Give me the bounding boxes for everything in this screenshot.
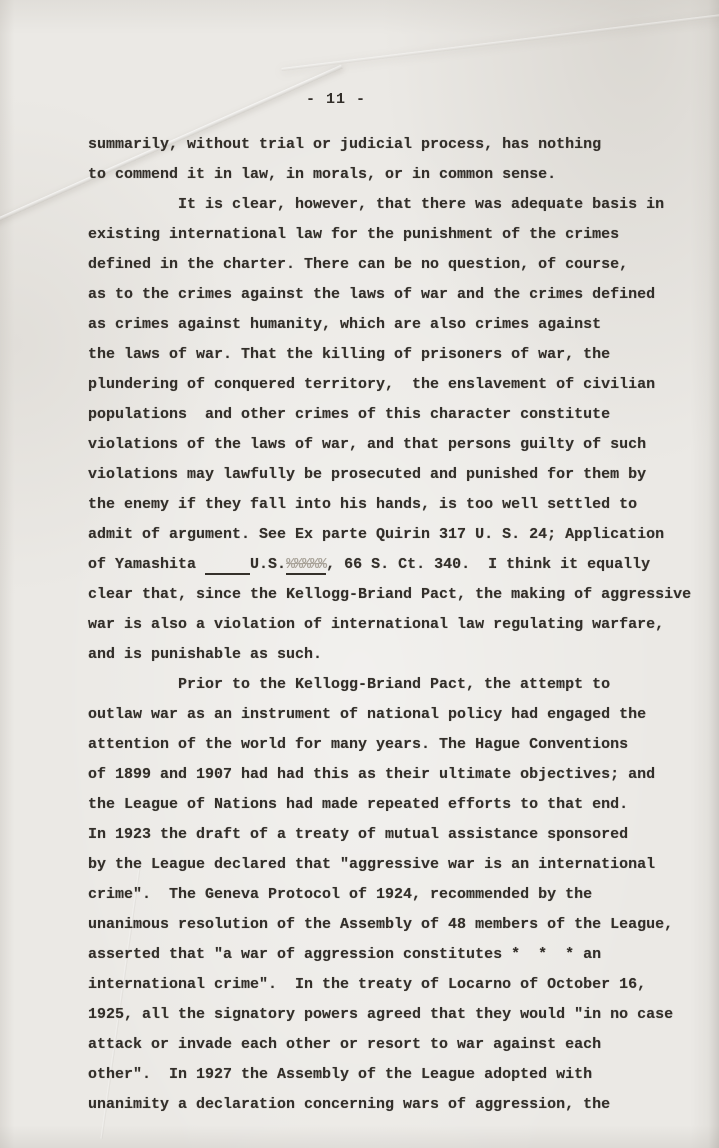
page-body: summarily, without trial or judicial pro… xyxy=(88,130,688,1120)
text-line: the League of Nations had made repeated … xyxy=(88,790,688,820)
text-line: clear that, since the Kellogg-Briand Pac… xyxy=(88,580,688,610)
text-line: war is also a violation of international… xyxy=(88,610,688,640)
document-page: { "page": { "number_label": "- 11 -", "p… xyxy=(0,0,719,1148)
text-line: summarily, without trial or judicial pro… xyxy=(88,130,688,160)
text-line: unanimity a declaration concerning wars … xyxy=(88,1090,688,1120)
text-line: to commend it in law, in morals, or in c… xyxy=(88,160,688,190)
page-number: - 11 - xyxy=(0,91,672,108)
text-line: international crime". In the treaty of L… xyxy=(88,970,688,1000)
text-line: violations may lawfully be prosecuted an… xyxy=(88,460,688,490)
paragraph: summarily, without trial or judicial pro… xyxy=(88,130,688,190)
text-line: as crimes against humanity, which are al… xyxy=(88,310,688,340)
text-segment: of Yamashita xyxy=(88,556,205,573)
text-line: of Yamashita U.S.%%%%%, 66 S. Ct. 340. I… xyxy=(88,550,688,580)
text-line: populations and other crimes of this cha… xyxy=(88,400,688,430)
text-line: defined in the charter. There can be no … xyxy=(88,250,688,280)
text-line: other". In 1927 the Assembly of the Leag… xyxy=(88,1060,688,1090)
text-segment: U.S. xyxy=(250,556,286,573)
text-line: attack or invade each other or resort to… xyxy=(88,1030,688,1060)
text-line: admit of argument. See Ex parte Quirin 3… xyxy=(88,520,688,550)
text-line: the laws of war. That the killing of pri… xyxy=(88,340,688,370)
text-line: by the League declared that "aggressive … xyxy=(88,850,688,880)
text-line: outlaw war as an instrument of national … xyxy=(88,700,688,730)
paper-crease xyxy=(282,12,719,71)
overstrike: %%%%% xyxy=(286,556,326,575)
text-line: existing international law for the punis… xyxy=(88,220,688,250)
blank-underline xyxy=(205,556,250,575)
text-line: asserted that "a war of aggression const… xyxy=(88,940,688,970)
text-line: 1925, all the signatory powers agreed th… xyxy=(88,1000,688,1030)
text-line: Prior to the Kellogg-Briand Pact, the at… xyxy=(88,670,688,700)
text-segment: , 66 S. Ct. 340. I think it equally xyxy=(326,556,650,573)
text-line: plundering of conquered territory, the e… xyxy=(88,370,688,400)
text-line: and is punishable as such. xyxy=(88,640,688,670)
text-line: crime". The Geneva Protocol of 1924, rec… xyxy=(88,880,688,910)
paragraph: It is clear, however, that there was ade… xyxy=(88,190,688,670)
text-line: In 1923 the draft of a treaty of mutual … xyxy=(88,820,688,850)
text-line: unanimous resolution of the Assembly of … xyxy=(88,910,688,940)
text-line: as to the crimes against the laws of war… xyxy=(88,280,688,310)
text-line: attention of the world for many years. T… xyxy=(88,730,688,760)
text-line: violations of the laws of war, and that … xyxy=(88,430,688,460)
text-line: of 1899 and 1907 had had this as their u… xyxy=(88,760,688,790)
paragraph: Prior to the Kellogg-Briand Pact, the at… xyxy=(88,670,688,1120)
text-line: It is clear, however, that there was ade… xyxy=(88,190,688,220)
text-line: the enemy if they fall into his hands, i… xyxy=(88,490,688,520)
